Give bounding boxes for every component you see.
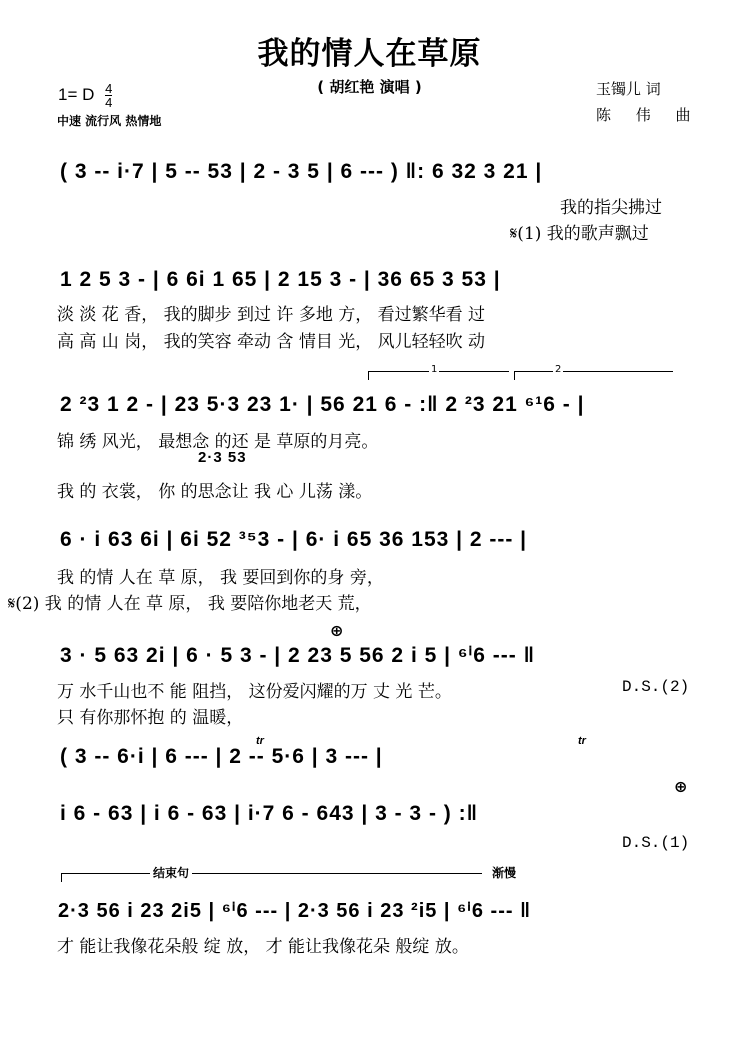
- lyric-line-8: 才 能让我像花朵般 绽 放， 才 能让我像花朵 般绽 放。: [57, 932, 469, 957]
- ds-marking-2: D.S.(2): [622, 678, 689, 696]
- lyric-line-3b: 我 的 衣裳， 你 的思念让 我 心 儿荡 漾。: [57, 477, 372, 502]
- notation-line-7: i 6 - 63 | i 6 - 63 | i·7 6 - 643 | 3 - …: [60, 802, 478, 826]
- alt-notation: 2·3 53: [198, 449, 247, 466]
- notation-line-3: 2 ²3 1 2 - | 23 5·3 23 1· | 56 21 6 - :‖…: [60, 393, 584, 417]
- lyric-line-2a: 淡 淡 花 香， 我的脚步 到过 许 多地 方， 看过繁华看 过: [57, 300, 485, 325]
- ds-marking-1: D.S.(1): [622, 834, 689, 852]
- song-title: 我的情人在草原: [0, 28, 739, 73]
- lyric-line-4a: 我 的情 人在 草 原， 我 要回到你的身 旁，: [57, 563, 384, 588]
- tempo-marking: 中速 流行风 热情地: [57, 112, 161, 129]
- coda-sign-2: ⊕: [674, 777, 687, 796]
- composer-credit: 陈 伟 曲: [596, 104, 701, 125]
- key-label: 1= D: [58, 85, 94, 104]
- lyric-line-5a: 万 水千山也不 能 阻挡， 这份爱闪耀的万 丈 光 芒。: [57, 677, 452, 702]
- lyric-line-4b: 𝄋(2) 我 的情 人在 草 原， 我 要陪你地老天 荒，: [8, 589, 372, 614]
- volta-bracket-1: 1: [368, 371, 509, 380]
- notation-line-1: ( 3 -- i·7 | 5 -- 53 | 2 - 3 5 | 6 --- )…: [60, 160, 542, 184]
- coda-sign: ⊕: [330, 621, 343, 640]
- time-signature: 4 4: [105, 82, 112, 109]
- lyricist-credit: 玉镯儿 词: [596, 78, 661, 99]
- lyric-line-1b: 𝄋(1) 我的歌声飘过: [510, 219, 649, 244]
- notation-line-4: 6 · i 63 6i | 6i 52 ³⁵3 - | 6· i 65 36 1…: [60, 528, 527, 552]
- ritardando-label: 渐慢: [492, 864, 516, 881]
- volta-bracket-2: 2: [514, 371, 673, 380]
- lyric-line-1a: 我的指尖拂过: [560, 193, 662, 218]
- notation-line-2: 1 2 5 3 - | 6 6i 1 65 | 2 15 3 - | 36 65…: [60, 268, 501, 292]
- lyric-line-5b: 只 有你那怀抱 的 温暖，: [57, 703, 243, 728]
- ending-bracket: [61, 873, 482, 882]
- lyric-line-2b: 高 高 山 岗， 我的笑容 牵动 含 情目 光， 风儿轻轻吹 动: [57, 327, 485, 352]
- key-signature: 1= D 4 4: [58, 82, 112, 109]
- ending-label: 结束句: [150, 864, 192, 881]
- notation-line-8: 2·3 56 i 23 2i5 | ⁶ⁱ6 --- | 2·3 56 i 23 …: [58, 898, 531, 923]
- trill-mark-2: tr: [578, 735, 586, 747]
- notation-line-6: ( 3 -- 6·i | 6 --- | 2 -- 5·6 | 3 --- |: [60, 745, 383, 769]
- notation-line-5: 3 · 5 63 2i | 6 · 5 3 - | 2 23 5 56 2 i …: [60, 643, 535, 668]
